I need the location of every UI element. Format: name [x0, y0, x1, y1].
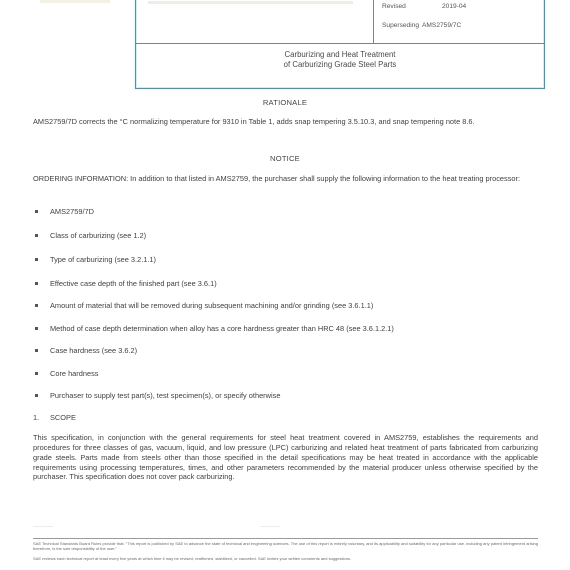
- footer-faint-mark: [260, 526, 280, 527]
- scope-heading: 1.SCOPE: [33, 413, 76, 423]
- bullet-icon: [35, 282, 38, 285]
- header-top-left-cell: [136, 0, 374, 43]
- footer-divider: [33, 538, 538, 539]
- rationale-text: AMS2759/7D corrects the °C normalizing t…: [33, 117, 538, 127]
- bullet-icon: [35, 394, 38, 397]
- revised-label: Revised: [382, 3, 442, 12]
- header-top-row: Revised2019-04 SupersedingAMS2759/7C: [136, 0, 544, 44]
- footer-faint-mark: [33, 526, 53, 527]
- notice-heading: NOTICE: [0, 154, 570, 164]
- superseding-row: SupersedingAMS2759/7C: [382, 22, 461, 31]
- document-title: Carburizing and Heat Treatment of Carbur…: [136, 50, 544, 70]
- bullet-icon: [35, 372, 38, 375]
- bullet-icon: [35, 304, 38, 307]
- revised-value: 2019-04: [442, 3, 466, 10]
- superseding-label: Superseding: [382, 22, 419, 31]
- document-title-line-1: Carburizing and Heat Treatment: [136, 50, 544, 60]
- document-title-line-2: of Carburizing Grade Steel Parts: [136, 60, 544, 70]
- bullet-icon: [35, 349, 38, 352]
- footer-disclaimer: SAE Technical Standards Board Rules prov…: [33, 541, 538, 551]
- ordering-information-text: ORDERING INFORMATION: In addition to tha…: [33, 174, 538, 184]
- scope-title: SCOPE: [50, 413, 76, 422]
- bullet-icon: [35, 258, 38, 261]
- bullet-icon: [35, 327, 38, 330]
- bullet-icon: [35, 234, 38, 237]
- revised-row: Revised2019-04: [382, 3, 466, 12]
- superseding-value: AMS2759/7C: [422, 22, 461, 29]
- footer-review-notice: SAE reviews each technical report at lea…: [33, 556, 538, 561]
- document-header-box: Revised2019-04 SupersedingAMS2759/7C Car…: [135, 0, 545, 89]
- bullet-icon: [35, 210, 38, 213]
- scope-number: 1.: [33, 413, 50, 423]
- cropped-header-title: [148, 1, 353, 4]
- scope-text: This specification, in conjunction with …: [33, 433, 538, 482]
- cropped-header-text: [40, 0, 110, 3]
- rationale-heading: RATIONALE: [0, 98, 570, 108]
